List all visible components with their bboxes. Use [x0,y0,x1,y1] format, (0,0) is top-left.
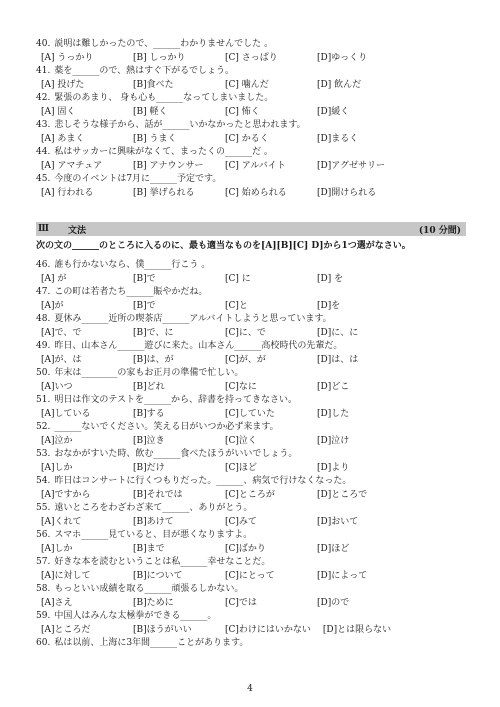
options-row: [A] 投げた[B]食べた[C] 噛んだ[D] 飲んだ [36,79,466,93]
answer-option: [D] を [317,273,397,287]
answer-option: [A]ですから [41,489,121,503]
answer-option: [B]あけて [133,516,213,530]
question-number: 46. [36,260,50,270]
question-line: 40.説明は難しかったので、______わかりませんでした 。 [36,38,466,52]
question-line: 47.この町は若者たち______賑やかだね。 [36,286,466,300]
answer-option: [B]で [133,300,213,314]
question-block: 59.中国人はみんな太極拳ができる______。[A]ところだ[B]ほうがいい[… [36,610,466,637]
question-line: 43.悲しそうな様子から、話が______いかなかったと思われます。 [36,119,466,133]
question-block: 40.説明は難しかったので、______わかりませんでした 。[A] うっかり[… [36,38,466,65]
answer-option: [B]で、に [133,327,213,341]
page-number: 4 [0,684,500,694]
answer-option: [D]泣け [317,435,397,449]
question-line: 56.スマホ______見ていると、目が悪くなりますよ。 [36,529,466,543]
answer-option: [C]泣く [225,435,305,449]
question-block: 60.私は以前、上海に3年間______ことがあります。 [36,637,466,651]
question-line: 58.もっといい成績を取る______頑張るしかない。 [36,583,466,597]
section-duration: (10 分間) [419,223,461,236]
answer-option: [B]どれ [133,381,213,395]
grammar-questions-section: 46.誰も行かないなら、僕______行こう 。[A] が[B]で[C] に[D… [36,259,466,651]
question-number: 43. [36,120,50,130]
answer-option: [B]で [133,273,213,287]
question-sentence: 中国人はみんな太極拳ができる______。 [54,611,216,621]
answer-option: [C] 始められる [225,187,305,201]
answer-option: [B]について [133,570,213,584]
answer-option: [B]食べた [133,79,213,93]
answer-option: [B]ために [133,597,213,611]
question-line: 44.私はサッカーに興味がなくて、まったくの______だ 。 [36,146,466,160]
answer-option: [C]わけにはいかない [225,624,311,638]
options-row: [A]いつ[B]どれ[C]なに[D]どこ [36,381,466,395]
question-number: 45. [36,174,50,184]
question-line: 59.中国人はみんな太極拳ができる______。 [36,610,466,624]
answer-option: [C]にとって [225,570,305,584]
answer-option: [B] アナウンサー [133,160,213,174]
question-number: 51. [36,395,50,405]
answer-option: [D]ところで [317,489,397,503]
answer-option: [A] が [41,273,121,287]
options-row: [A]で、で[B]で、に[C]に、で[D]に、に [36,327,466,341]
question-sentence: 好きな本を読むということは私______幸せなことだ。 [54,557,270,567]
options-row: [A]ところだ[B]ほうがいい[C]わけにはいかない[D]とは限らない [36,624,466,638]
question-block: 55.遠いところをわざわざ来て______、ありがとう。[A]くれて[B]あけて… [36,502,466,529]
options-row: [A]さえ[B]ために[C]では[D]ので [36,597,466,611]
answer-option: [A]さえ [41,597,121,611]
options-row: [A]しか[B]まで[C]ばかり[D]ほど [36,543,466,557]
answer-option: [D]に、に [317,327,397,341]
question-sentence: 薬を______ので、熱はすぐ下がるでしょう。 [54,66,234,76]
answer-option: [C]に、で [225,327,305,341]
options-row: [A]している[B]する[C]していた[D]した [36,408,466,422]
answer-option: [B]ほうがいい [133,624,213,638]
section-title: 文法 [68,223,86,236]
question-sentence: 夏休み______近所の喫茶店______アルバイトしようと思っています。 [54,314,331,324]
answer-option: [A] アマチュア [41,160,121,174]
question-number: 48. [36,314,50,324]
answer-option: [B] うまく [133,133,213,147]
answer-option: [D]どこ [317,381,397,395]
question-block: 42.緊張のあまり、 身も心も______なってしまいました。[A] 固く[B]… [36,92,466,119]
question-line: 57.好きな本を読むということは私______幸せなことだ。 [36,556,466,570]
answer-option: [C] 怖く [225,106,305,120]
question-number: 42. [36,93,50,103]
question-block: 46.誰も行かないなら、僕______行こう 。[A] が[B]で[C] に[D… [36,259,466,286]
question-line: 48.夏休み______近所の喫茶店______アルバイトしようと思っています。 [36,313,466,327]
answer-option: [A]しか [41,462,121,476]
answer-option: [A] あまく [41,133,121,147]
answer-option: [C]ばかり [225,543,305,557]
question-number: 55. [36,503,50,513]
answer-option: [B] 挙げられる [133,187,213,201]
options-row: [A]くれて[B]あけて[C]みて[D]おいて [36,516,466,530]
answer-option: [D]緩く [317,106,397,120]
answer-option: [A] うっかり [41,52,121,66]
answer-option: [C] 噛んだ [225,79,305,93]
answer-option: [C]ところが [225,489,305,503]
question-number: 60. [36,638,50,648]
question-line: 54.昨日はコンサートに行くつもりだった。______、病気で行けなくなった。 [36,475,466,489]
options-row: [A]が、は[B]は、が[C]が、が[D]は、は [36,354,466,368]
question-line: 49.昨日、山本さん______遊びに来た。山本さん______高校時代の先輩だ… [36,340,466,354]
answer-option: [D]ゆっくり [317,52,397,66]
question-number: 54. [36,476,50,486]
question-sentence: この町は若者たち______賑やかだね。 [54,287,207,297]
answer-option: [D]開けられる [317,187,397,201]
answer-option: [C] アルバイト [225,160,305,174]
question-line: 53.おなかがすいた時、飲む______食べたほうがいいでしょう。 [36,448,466,462]
question-block: 57.好きな本を読むということは私______幸せなことだ。[A]に対して[B]… [36,556,466,583]
options-row: [A]が[B]で[C]と[D]を [36,300,466,314]
section-header-bar: Ⅲ 文法 (10 分間) [36,222,466,236]
answer-option: [C]と [225,300,305,314]
question-number: 59. [36,611,50,621]
question-number: 57. [36,557,50,567]
question-sentence: 誰も行かないなら、僕______行こう 。 [54,260,210,270]
answer-option: [C] さっぱり [225,52,305,66]
question-block: 51.明日は作文のテストを______から、辞書を持ってきなさい。[A]している… [36,394,466,421]
options-row: [A]しか[B]だけ[C]ほど[D]より [36,462,466,476]
options-row: [A] 固く[B] 軽く[C] 怖く[D]緩く [36,106,466,120]
question-line: 45.今度のイベントは7月に______予定です。 [36,173,466,187]
question-block: 48.夏休み______近所の喫茶店______アルバイトしようと思っています。… [36,313,466,340]
question-number: 41. [36,66,50,76]
options-row: [A] あまく[B] うまく[C] かるく[D]まるく [36,133,466,147]
question-number: 40. [36,39,50,49]
question-line: 52.______ないでください。笑える日がいつか必ず来ます。 [36,421,466,435]
question-block: 49.昨日、山本さん______遊びに来た。山本さん______高校時代の先輩だ… [36,340,466,367]
answer-option: [D]した [317,408,397,422]
question-sentence: スマホ______見ていると、目が悪くなりますよ。 [54,530,252,540]
answer-option: [B]まで [133,543,213,557]
options-row: [A] アマチュア[B] アナウンサー[C] アルバイト[D]アグゼサリー [36,160,466,174]
question-line: 60.私は以前、上海に3年間______ことがあります。 [36,637,466,651]
options-row: [A] うっかり[B] しっかり[C] さっぱり[D]ゆっくり [36,52,466,66]
options-row: [A] が[B]で[C] に[D] を [36,273,466,287]
question-line: 51.明日は作文のテストを______から、辞書を持ってきなさい。 [36,394,466,408]
answer-option: [D] 飲んだ [317,79,397,93]
question-block: 44.私はサッカーに興味がなくて、まったくの______だ 。[A] アマチュア… [36,146,466,173]
instruction-text: 次の文の______のところに入るのに、最も適当なものを[A][B][C] D]… [36,239,466,253]
options-row: [A]ですから[B]それでは[C]ところが[D]ところで [36,489,466,503]
answer-option: [C]では [225,597,305,611]
question-number: 52. [36,422,50,432]
answer-option: [D]より [317,462,397,476]
question-number: 53. [36,449,50,459]
answer-option: [D]は、は [317,354,397,368]
question-number: 44. [36,147,50,157]
answer-option: [C] かるく [225,133,305,147]
answer-option: [D]アグゼサリー [317,160,397,174]
question-sentence: 緊張のあまり、 身も心も______なってしまいました。 [54,93,273,103]
question-block: 58.もっといい成績を取る______頑張るしかない。[A]さえ[B]ために[C… [36,583,466,610]
answer-option: [B]は、が [133,354,213,368]
question-sentence: 昨日はコンサートに行くつもりだった。______、病気で行けなくなった。 [54,476,351,486]
question-block: 54.昨日はコンサートに行くつもりだった。______、病気で行けなくなった。[… [36,475,466,502]
answer-option: [B] しっかり [133,52,213,66]
answer-option: [B]する [133,408,213,422]
question-line: 41.薬を______ので、熱はすぐ下がるでしょう。 [36,65,466,79]
question-number: 50. [36,368,50,378]
question-block: 53.おなかがすいた時、飲む______食べたほうがいいでしょう。[A]しか[B… [36,448,466,475]
answer-option: [B]それでは [133,489,213,503]
answer-option: [D]ほど [317,543,397,557]
answer-option: [A]泣か [41,435,121,449]
answer-option: [A]ところだ [41,624,121,638]
answer-option: [C] に [225,273,305,287]
question-block: 45.今度のイベントは7月に______予定です。[A] 行われる[B] 挙げら… [36,173,466,200]
options-row: [A] 行われる[B] 挙げられる[C] 始められる[D]開けられる [36,187,466,201]
question-number: 49. [36,341,50,351]
question-sentence: 年末は________の家もお正月の準備で忙しい。 [54,368,243,378]
question-block: 56.スマホ______見ていると、目が悪くなりますよ。[A]しか[B]まで[C… [36,529,466,556]
answer-option: [A] 固く [41,106,121,120]
answer-option: [A]で、で [41,327,121,341]
question-sentence: もっといい成績を取る______頑張るしかない。 [54,584,243,594]
question-sentence: 私は以前、上海に3年間______ことがあります。 [54,638,248,648]
answer-option: [D]ので [317,597,397,611]
answer-option: [D]おいて [317,516,397,530]
answer-option: [B]泣き [133,435,213,449]
vocabulary-questions-section: 40.説明は難しかったので、______わかりませんでした 。[A] うっかり[… [36,38,466,200]
question-number: 47. [36,287,50,297]
answer-option: [A]くれて [41,516,121,530]
answer-option: [A]に対して [41,570,121,584]
answer-option: [D]を [317,300,397,314]
question-sentence: 遠いところをわざわざ来て______、ありがとう。 [54,503,252,513]
answer-option: [C]みて [225,516,305,530]
question-block: 52.______ないでください。笑える日がいつか必ず来ます。[A]泣か[B]泣… [36,421,466,448]
answer-option: [D]とは限らない [323,624,403,638]
answer-option: [A]しか [41,543,121,557]
question-block: 50.年末は________の家もお正月の準備で忙しい。[A]いつ[B]どれ[C… [36,367,466,394]
question-number: 56. [36,530,50,540]
test-page: 40.説明は難しかったので、______わかりませんでした 。[A] うっかり[… [0,0,500,707]
options-row: [A]に対して[B]について[C]にとって[D]によって [36,570,466,584]
question-line: 50.年末は________の家もお正月の準備で忙しい。 [36,367,466,381]
question-sentence: 昨日、山本さん______遊びに来た。山本さん______高校時代の先輩だ。 [54,341,342,351]
question-sentence: おなかがすいた時、飲む______食べたほうがいいでしょう。 [54,449,297,459]
question-block: 47.この町は若者たち______賑やかだね。[A]が[B]で[C]と[D]を [36,286,466,313]
answer-option: [A]いつ [41,381,121,395]
answer-option: [A]している [41,408,121,422]
options-row: [A]泣か[B]泣き[C]泣く[D]泣け [36,435,466,449]
question-number: 58. [36,584,50,594]
answer-option: [C]なに [225,381,305,395]
question-line: 42.緊張のあまり、 身も心も______なってしまいました。 [36,92,466,106]
answer-option: [C]ほど [225,462,305,476]
question-block: 43.悲しそうな様子から、話が______いかなかったと思われます。[A] あま… [36,119,466,146]
answer-option: [A]が、は [41,354,121,368]
question-line: 55.遠いところをわざわざ来て______、ありがとう。 [36,502,466,516]
answer-option: [A]が [41,300,121,314]
answer-option: [C]していた [225,408,305,422]
question-sentence: 悲しそうな様子から、話が______いかなかったと思われます。 [54,120,305,130]
answer-option: [D]によって [317,570,397,584]
question-line: 46.誰も行かないなら、僕______行こう 。 [36,259,466,273]
answer-option: [B]だけ [133,462,213,476]
answer-option: [A] 行われる [41,187,121,201]
question-sentence: 説明は難しかったので、______わかりませんでした 。 [54,39,273,49]
answer-option: [B] 軽く [133,106,213,120]
answer-option: [C]が、が [225,354,305,368]
section-numeral: Ⅲ [38,224,68,234]
question-sentence: 私はサッカーに興味がなくて、まったくの______だ 。 [54,147,273,157]
question-sentence: 明日は作文のテストを______から、辞書を持ってきなさい。 [54,395,297,405]
question-block: 41.薬を______ので、熱はすぐ下がるでしょう。[A] 投げた[B]食べた[… [36,65,466,92]
answer-option: [A] 投げた [41,79,121,93]
question-sentence: 今度のイベントは7月に______予定です。 [54,174,221,184]
question-sentence: ______ないでください。笑える日がいつか必ず来ます。 [54,422,278,432]
answer-option: [D]まるく [317,133,397,147]
